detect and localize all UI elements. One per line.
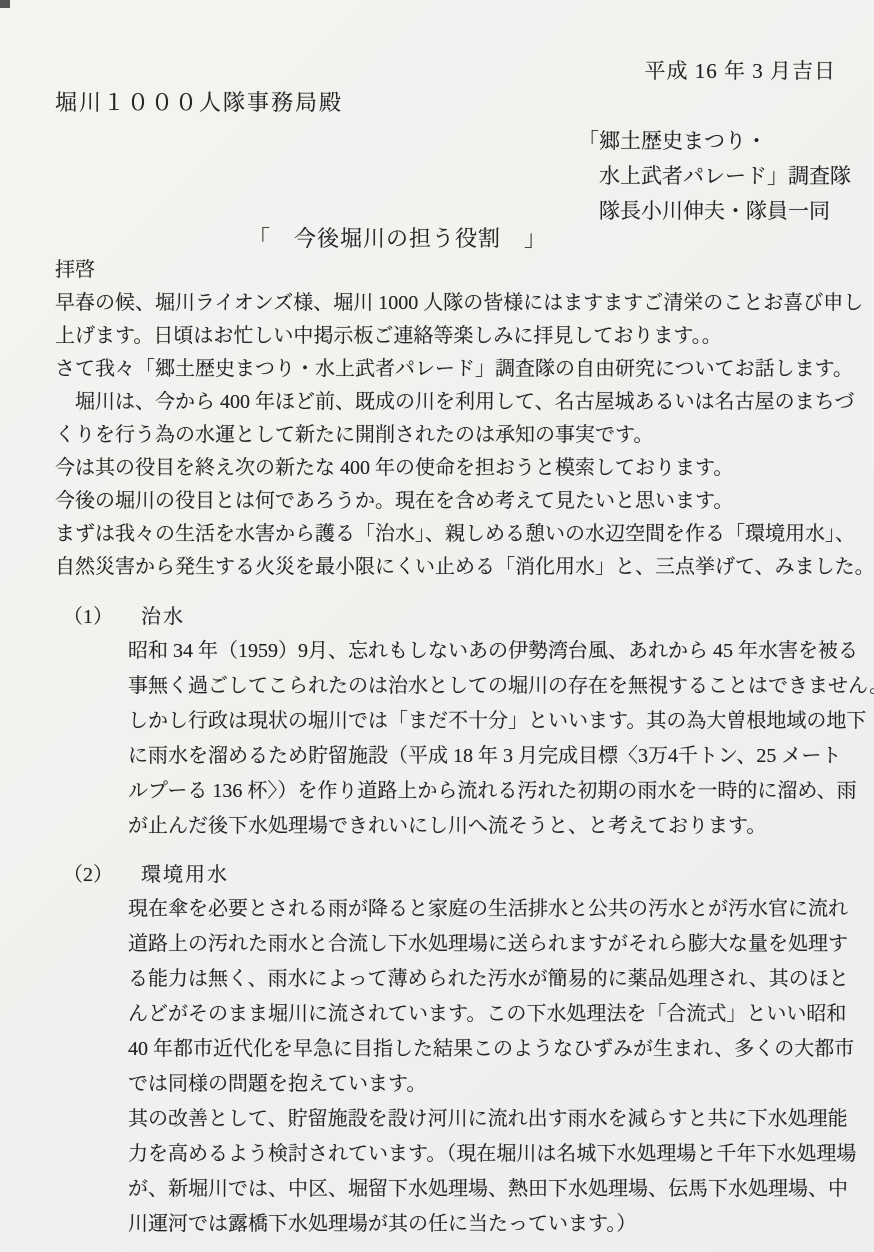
text-line: 「郷土歴史まつり・: [578, 124, 851, 159]
text-line: 堀川は、今から 400 年ほど前、既成の川を利用して、名古屋城あるいは名古屋のま…: [55, 386, 845, 419]
text-line: 川運河では露橋下水処理場が其の任に当たっています。）: [128, 1207, 845, 1242]
scanned-letter-page: 平成 16 年 3 月吉日 堀川１０００人隊事務局殿 「郷土歴史まつり・ 水上武…: [0, 0, 874, 1252]
text-line: んどがそのまま堀川に流されています。この下水処理法を「合流式」といい昭和: [128, 997, 845, 1032]
text-line: 自然災害から発生する火災を最小限にくい止める「消化用水」と、三点挙げて、みました…: [55, 551, 845, 584]
section-1-number: （1）: [63, 606, 113, 628]
section-kankyo-yosui: （2）環境用水 現在傘を必要とされる雨が降ると家庭の生活排水と公共の汚水とが汚水…: [55, 858, 845, 1242]
text-line: まずは我々の生活を水害から護る「治水」、親しめる憩いの水辺空間を作る「環境用水」…: [55, 518, 845, 551]
section-1-label: 治水: [141, 606, 185, 628]
text-line: 今後の堀川の役目とは何であろうか。現在を含め考えて見たいと思います。: [55, 485, 845, 518]
text-line: 上げます。日頃はお忙しい中掲示板ご連絡等楽しみに拝見しております。。: [55, 320, 845, 353]
text-line: が止んだ後下水処理場できれいにし川へ流そうと、と考えております。: [128, 809, 845, 844]
section-chisui: （1）治水 昭和 34 年（1959）9月、忘れもしないあの伊勢湾台風、あれから…: [55, 600, 845, 844]
section-2-heading: （2）環境用水: [55, 858, 845, 892]
text-line: る能力は無く、雨水によって薄められた汚水が簡易的に薬品処理され、其のほと: [128, 962, 845, 997]
text-line: に雨水を溜めるため貯留施設（平成 18 年 3 月完成目標〈3万4千トン、25 …: [128, 739, 845, 774]
text-line: 力を高めるよう検討されています。（現在堀川は名城下水処理場と千年下水処理場: [128, 1137, 845, 1172]
text-line: 道路上の汚れた雨水と合流し下水処理場に送られますがそれら膨大な量を処理す: [128, 927, 845, 962]
recipient-name: 堀川１０００人隊事務局殿: [55, 86, 343, 117]
sender-block: 「郷土歴史まつり・ 水上武者パレード」調査隊 隊長小川伸夫・隊員一同: [578, 124, 851, 229]
section-2-body: 現在傘を必要とされる雨が降ると家庭の生活排水と公共の汚水とが汚水官に流れ道路上の…: [128, 892, 845, 1242]
text-line: 現在傘を必要とされる雨が降ると家庭の生活排水と公共の汚水とが汚水官に流れ: [128, 892, 845, 927]
text-line: 今は其の役目を終え次の新たな 400 年の使命を担おうと模索しております。: [55, 452, 845, 485]
text-line: 其の改善として、貯留施設を設け河川に流れ出す雨水を減らすと共に下水処理能: [128, 1102, 845, 1137]
text-line: くりを行う為の水運として新たに開削されたのは承知の事実です。: [55, 419, 845, 452]
text-line: ルプーる 136 杯〉）を作り道路上から流れる汚れた初期の雨水を一時的に溜め、雨: [128, 774, 845, 809]
text-line: 隊長小川伸夫・隊員一同: [578, 194, 851, 229]
text-line: が、新堀川では、中区、堀留下水処理場、熱田下水処理場、伝馬下水処理場、中: [128, 1172, 845, 1207]
section-1-body: 昭和 34 年（1959）9月、忘れもしないあの伊勢湾台風、あれから 45 年水…: [128, 634, 845, 844]
text-line: 40 年都市近代化を早急に目指した結果このようなひずみが生まれ、多くの大都市: [128, 1032, 845, 1067]
text-line: 水上武者パレード」調査隊: [578, 159, 851, 194]
salutation: 拝啓: [55, 254, 845, 287]
text-line: では同様の問題を抱えています。: [128, 1067, 845, 1102]
letter-date: 平成 16 年 3 月吉日: [645, 55, 837, 85]
letter-body: 拝啓 早春の候、堀川ライオンズ様、堀川 1000 人隊の皆様にはますますご清栄の…: [55, 254, 845, 1242]
letter-title: 「 今後堀川の担う役割 」: [248, 222, 547, 253]
intro-paragraphs: 早春の候、堀川ライオンズ様、堀川 1000 人隊の皆様にはますますご清栄のことお…: [55, 287, 845, 584]
text-line: しかし行政は現状の堀川では「まだ不十分」といいます。其の為大曽根地域の地下: [128, 704, 845, 739]
text-line: 昭和 34 年（1959）9月、忘れもしないあの伊勢湾台風、あれから 45 年水…: [128, 634, 845, 669]
text-line: 早春の候、堀川ライオンズ様、堀川 1000 人隊の皆様にはますますご清栄のことお…: [55, 287, 845, 320]
text-line: 事無く過ごしてこられたのは治水としての堀川の存在を無視することはできません。: [128, 669, 845, 704]
section-2-number: （2）: [63, 864, 113, 886]
section-2-label: 環境用水: [141, 864, 229, 886]
text-line: さて我々「郷土歴史まつり・水上武者パレード」調査隊の自由研究についてお話します。: [55, 353, 845, 386]
section-1-heading: （1）治水: [55, 600, 845, 634]
